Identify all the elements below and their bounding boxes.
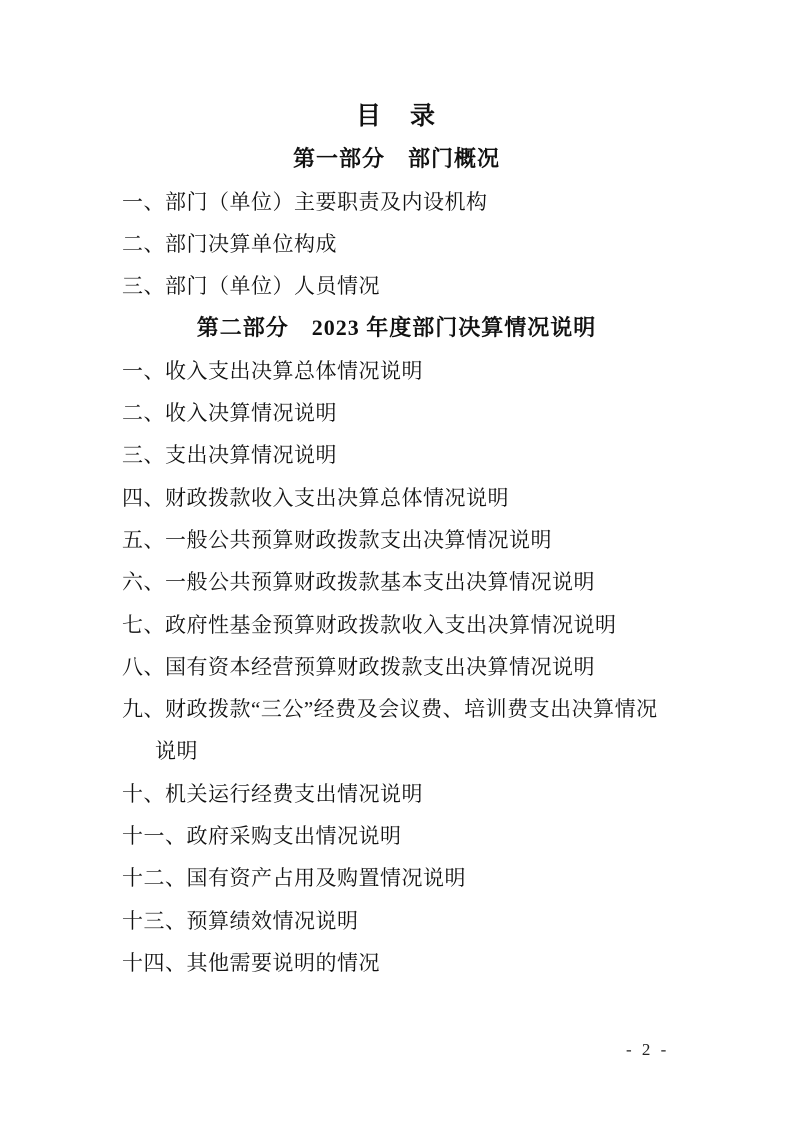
toc-item: 三、支出决算情况说明 <box>0 434 793 476</box>
toc-item: 六、一般公共预算财政拨款基本支出决算情况说明 <box>0 561 793 603</box>
toc-item: 七、政府性基金预算财政拨款收入支出决算情况说明 <box>0 604 793 646</box>
toc-item: 十四、其他需要说明的情况 <box>0 942 793 984</box>
page-number: - 2 - <box>626 1040 669 1060</box>
toc-item: 三、部门（单位）人员情况 <box>0 265 793 307</box>
toc-item: 五、一般公共预算财政拨款支出决算情况说明 <box>0 519 793 561</box>
table-of-contents: 目 录 第一部分 部门概况 一、部门（单位）主要职责及内设机构 二、部门决算单位… <box>0 96 793 984</box>
section-2-heading: 第二部分 2023 年度部门决算情况说明 <box>0 307 793 349</box>
toc-item: 八、国有资本经营预算财政拨款支出决算情况说明 <box>0 646 793 688</box>
toc-item: 十一、政府采购支出情况说明 <box>0 815 793 857</box>
toc-item-continuation: 说明 <box>0 730 793 772</box>
page-title: 目 录 <box>0 96 793 138</box>
toc-item: 二、收入决算情况说明 <box>0 392 793 434</box>
toc-item: 十三、预算绩效情况说明 <box>0 900 793 942</box>
toc-item: 十、机关运行经费支出情况说明 <box>0 773 793 815</box>
section-1-heading: 第一部分 部门概况 <box>0 138 793 180</box>
toc-item: 一、部门（单位）主要职责及内设机构 <box>0 181 793 223</box>
toc-item: 二、部门决算单位构成 <box>0 223 793 265</box>
document-page: 目 录 第一部分 部门概况 一、部门（单位）主要职责及内设机构 二、部门决算单位… <box>0 0 793 1122</box>
toc-item: 十二、国有资产占用及购置情况说明 <box>0 857 793 899</box>
toc-item: 一、收入支出决算总体情况说明 <box>0 350 793 392</box>
toc-item: 九、财政拨款“三公”经费及会议费、培训费支出决算情况 <box>0 688 793 730</box>
toc-item: 四、财政拨款收入支出决算总体情况说明 <box>0 477 793 519</box>
